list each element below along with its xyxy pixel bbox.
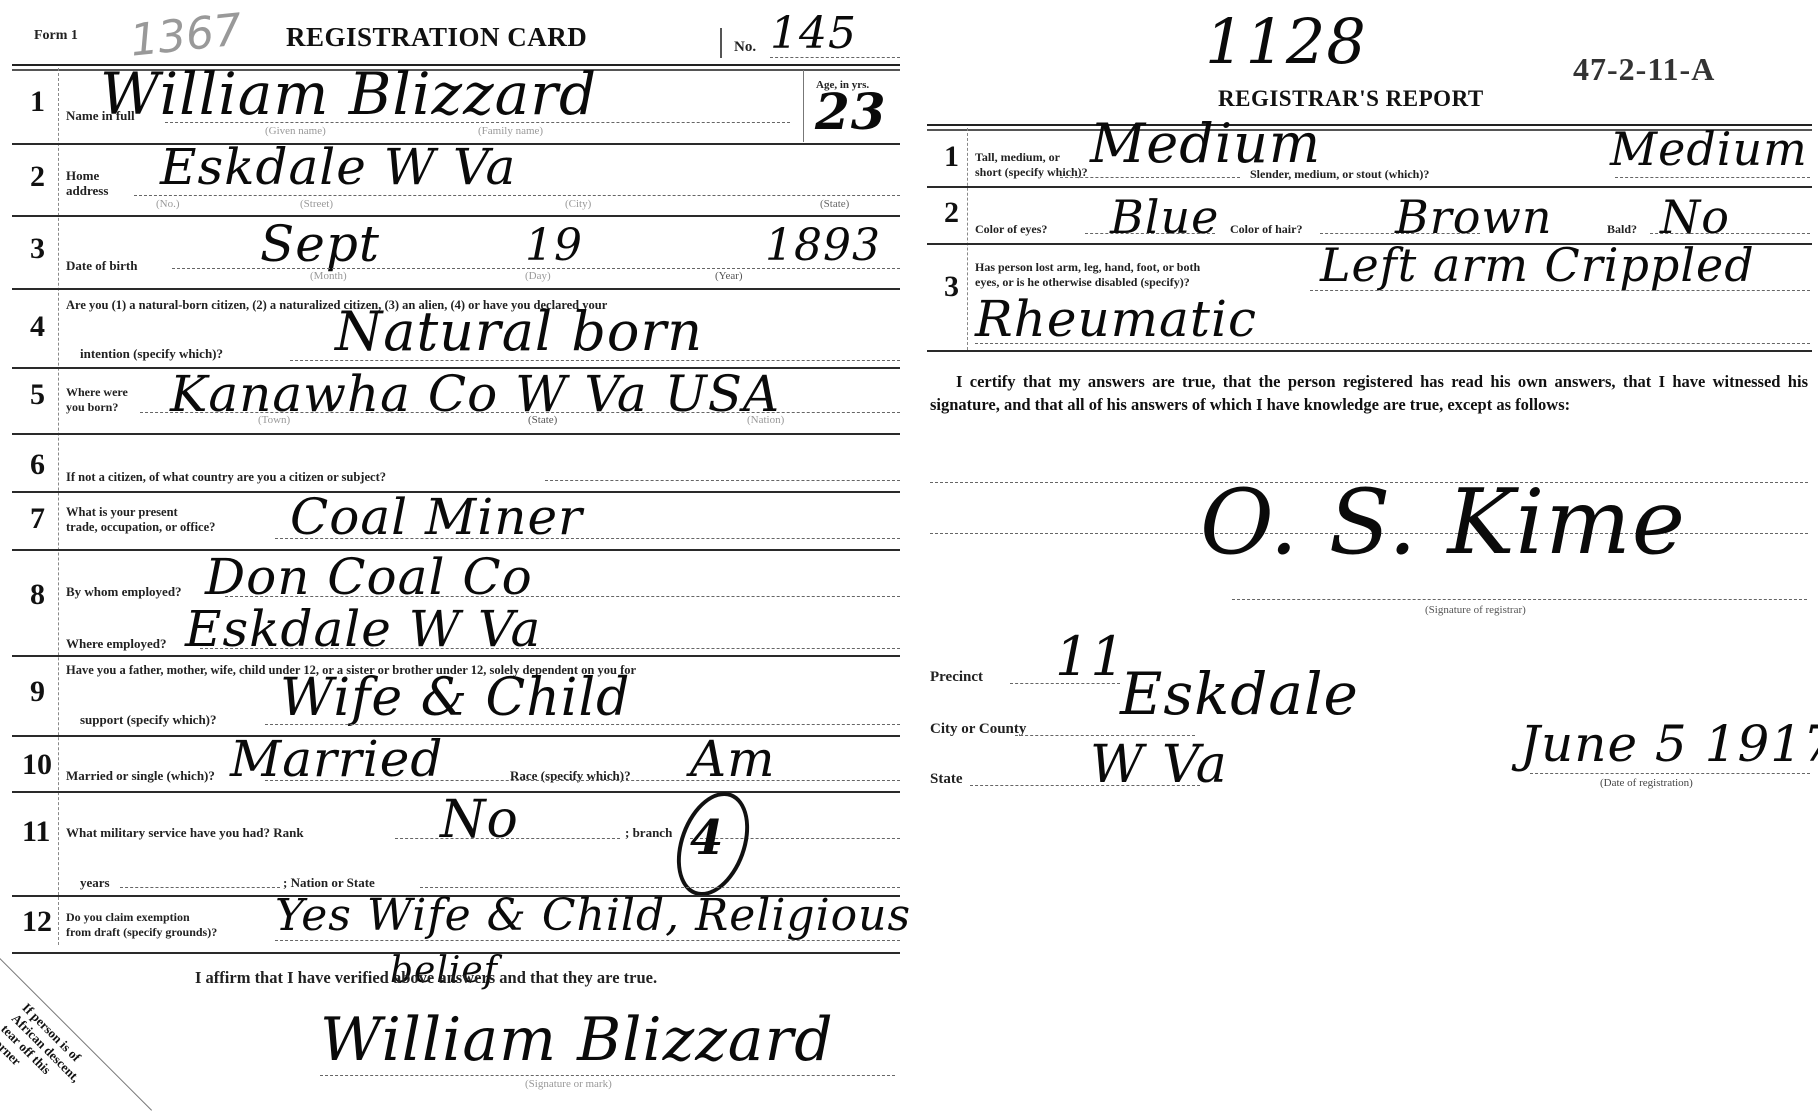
state-label: State — [930, 772, 963, 787]
registrant-signature: William Blizzard — [320, 1005, 834, 1075]
row-line — [970, 785, 1200, 786]
row-number: 2 — [30, 160, 45, 194]
row-number: 7 — [30, 502, 45, 536]
report-row-1-label: Tall, medium, or short (specify which)? — [975, 150, 1088, 180]
row-number: 3 — [944, 270, 959, 304]
row-12-label: Do you claim exemption from draft (speci… — [66, 910, 217, 940]
registrar-caption: (Signature of registrar) — [1425, 604, 1526, 616]
dependents-value: Wife & Child — [280, 668, 630, 728]
bald-value: No — [1660, 190, 1730, 244]
row-8-label-employer: By whom employed? — [66, 584, 182, 599]
build-value: Medium — [1610, 122, 1808, 176]
city-value: Eskdale — [1120, 660, 1359, 728]
card-margin-line — [58, 68, 59, 945]
form-label: Form 1 — [34, 28, 78, 43]
sub-year: (Year) — [715, 270, 743, 282]
row-number: 11 — [22, 815, 50, 849]
sub-state: (State) — [528, 414, 557, 426]
row-divider — [927, 350, 1812, 352]
age-value: 23 — [815, 82, 887, 141]
birth-month: Sept — [260, 215, 380, 273]
precinct-label: Precinct — [930, 670, 983, 685]
row-divider — [12, 433, 900, 435]
city-label: City or County — [930, 722, 1026, 737]
divider — [720, 28, 722, 58]
sub-day: (Day) — [525, 270, 551, 282]
row-line — [1085, 233, 1215, 234]
row-8-label-where: Where employed? — [66, 636, 167, 651]
sub-street: (Street) — [300, 198, 333, 210]
registrar-signature: O. S. Kime — [1200, 470, 1686, 575]
registrar-signature-line — [1232, 599, 1807, 600]
height-value: Medium — [1090, 112, 1321, 175]
birth-day: 19 — [525, 220, 583, 271]
report-stamp: 47-2-11-A — [1573, 62, 1715, 77]
row-line — [275, 940, 900, 941]
row-number: 5 — [30, 378, 45, 412]
registration-date: June 5 1917 — [1520, 715, 1818, 773]
row-number: 9 — [30, 675, 45, 709]
row-line — [290, 360, 900, 361]
row-line — [275, 538, 900, 539]
row-11-nation-label: ; Nation or State — [283, 875, 375, 890]
row-number: 4 — [30, 310, 45, 344]
certify-text: I certify that my answers are true, that… — [930, 370, 1808, 416]
report-row-2-bald-label: Bald? — [1607, 222, 1637, 237]
name-value: William Blizzard — [100, 60, 597, 128]
report-row-1-build-label: Slender, medium, or stout (which)? — [1250, 167, 1429, 182]
serial-line — [770, 57, 900, 58]
row-line — [134, 195, 900, 196]
report-margin-line — [967, 128, 968, 350]
row-line — [172, 268, 900, 269]
sub-town: (Town) — [258, 414, 290, 426]
birth-year: 1893 — [765, 220, 881, 271]
sub-nation: (Nation) — [747, 414, 784, 426]
row-line — [265, 780, 900, 781]
row-line — [545, 480, 900, 481]
row-divider — [12, 655, 900, 657]
state-value: W Va — [1090, 735, 1228, 795]
row-11-branch-label: ; branch — [625, 825, 672, 840]
date-caption: (Date of registration) — [1600, 777, 1693, 789]
report-row-2-hair-label: Color of hair? — [1230, 222, 1302, 237]
row-line — [1010, 683, 1120, 684]
row-line — [165, 122, 790, 123]
exemption-value: Yes Wife & Child, Religious — [275, 890, 911, 941]
row-number: 2 — [944, 196, 959, 230]
date-line — [1530, 773, 1810, 774]
hair-color-value: Brown — [1395, 190, 1553, 244]
precinct-value: 11 — [1055, 625, 1126, 688]
disability-value: Left arm Crippled — [1320, 238, 1755, 292]
age-divider — [803, 70, 804, 142]
serial-label: No. — [734, 40, 756, 55]
row-divider — [927, 186, 1812, 188]
row-number: 6 — [30, 448, 45, 482]
signature-caption: (Signature or mark) — [525, 1078, 612, 1090]
sub-no: (No.) — [156, 198, 180, 210]
eye-color-value: Blue — [1110, 190, 1219, 244]
employer-value: Don Coal Co — [205, 548, 533, 606]
row-number: 8 — [30, 578, 45, 612]
row-divider — [12, 288, 900, 290]
sub-family-name: (Family name) — [478, 125, 543, 137]
disability-value-line2: Rheumatic — [975, 290, 1257, 348]
row-7-label: What is your present trade, occupation, … — [66, 505, 215, 535]
report-row-2-eyes-label: Color of eyes? — [975, 222, 1047, 237]
row-5-label: Where were you born? — [66, 385, 128, 415]
row-line — [395, 838, 620, 839]
sub-month: (Month) — [310, 270, 347, 282]
employer-location-value: Eskdale W Va — [185, 600, 541, 658]
row-line — [1320, 233, 1480, 234]
row-line — [1310, 290, 1810, 291]
report-title: REGISTRAR'S REPORT — [1218, 86, 1484, 112]
row-number: 3 — [30, 232, 45, 266]
circled-mark: 4 — [690, 810, 724, 866]
report-pencil-number: 1128 — [1205, 5, 1367, 78]
row-number: 12 — [22, 905, 52, 939]
sub-city: (City) — [565, 198, 591, 210]
row-3-label: Date of birth — [66, 258, 138, 273]
row-line — [975, 343, 1810, 344]
row-4-label: intention (specify which)? — [80, 346, 223, 361]
row-11-label: What military service have you had? Rank — [66, 825, 304, 840]
serial-number: 145 — [770, 8, 857, 59]
tear-off-corner-note: If person is of African descent, tear of… — [0, 1000, 94, 1106]
row-line — [1650, 233, 1810, 234]
row-6-label: If not a citizen, of what country are yo… — [66, 470, 386, 485]
row-9-label: support (specify which)? — [80, 712, 217, 727]
citizenship-value: Natural born — [335, 300, 703, 363]
row-line — [1060, 177, 1240, 178]
row-line — [140, 412, 900, 413]
row-number: 10 — [22, 748, 52, 782]
row-11-years-label: years — [80, 875, 110, 890]
row-number: 1 — [944, 140, 959, 174]
home-address-value: Eskdale W Va — [160, 138, 516, 196]
row-10-label: Married or single (which)? — [66, 768, 215, 783]
row-line — [1615, 177, 1810, 178]
signature-line — [320, 1075, 895, 1076]
report-row-3-label: Has person lost arm, leg, hand, foot, or… — [975, 260, 1200, 290]
row-number: 1 — [30, 85, 45, 119]
pencil-number: 1367 — [128, 4, 245, 66]
affirm-text: I affirm that I have verified above answ… — [195, 970, 657, 985]
row-divider — [12, 215, 900, 217]
row-line — [420, 887, 900, 888]
row-line — [200, 648, 900, 649]
row-2-label: Home address — [66, 168, 108, 198]
sub-given-name: (Given name) — [265, 125, 326, 137]
row-line — [225, 596, 900, 597]
military-rank-value: No — [440, 790, 519, 850]
row-line — [265, 724, 900, 725]
row-line — [120, 887, 280, 888]
card-title: REGISTRATION CARD — [286, 22, 587, 53]
sub-state: (State) — [820, 198, 849, 210]
